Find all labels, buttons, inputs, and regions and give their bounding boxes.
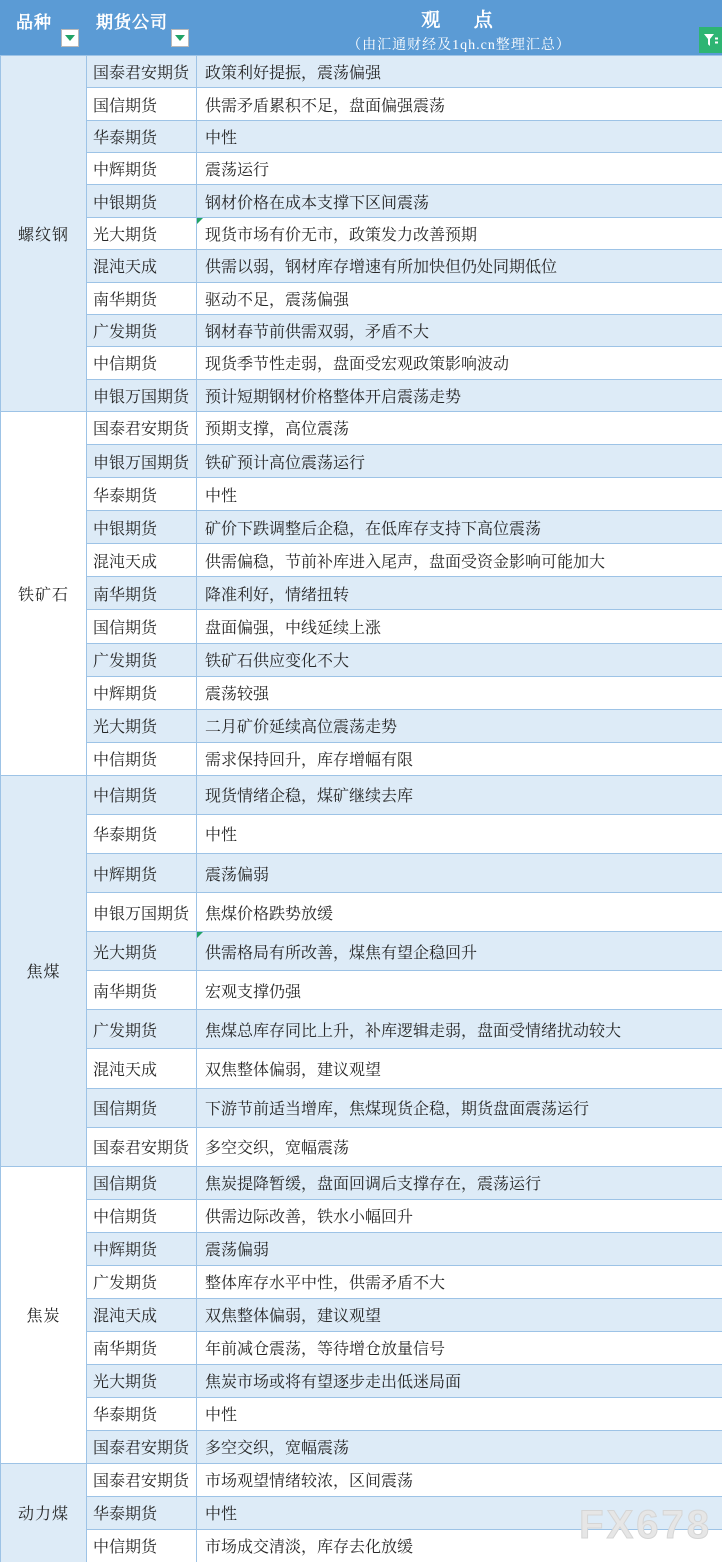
company-cell: 国信期货 bbox=[87, 1088, 197, 1127]
company-cell: 国信期货 bbox=[87, 88, 197, 120]
comment-marker-icon bbox=[197, 932, 203, 938]
view-cell: 铁矿石供应变化不大 bbox=[197, 643, 722, 676]
viewpoint-header-title: 观 点 bbox=[196, 5, 722, 32]
company-cell: 光大期货 bbox=[87, 932, 197, 971]
view-cell: 焦炭提降暂缓，盘面回调后支撑存在，震荡运行 bbox=[197, 1166, 722, 1199]
company-cell: 南华期货 bbox=[87, 1331, 197, 1364]
company-cell: 国信期货 bbox=[87, 610, 197, 643]
view-cell: 整体库存水平中性，供需矛盾不大 bbox=[197, 1265, 722, 1298]
view-cell: 预计短期钢材价格整体开启震荡走势 bbox=[197, 379, 722, 411]
view-cell: 震荡偏弱 bbox=[197, 854, 722, 893]
view-cell: 市场观望情绪较浓，区间震荡 bbox=[197, 1463, 722, 1496]
table-row: 光大期货现货市场有价无市，政策发力改善预期 bbox=[1, 217, 722, 249]
view-cell: 政策利好提振，震荡偏强 bbox=[197, 56, 722, 88]
view-cell: 多空交织，宽幅震荡 bbox=[197, 1127, 722, 1166]
view-text: 市场成交清淡，库存去化放缓 bbox=[205, 1539, 413, 1556]
table-row: 光大期货焦炭市场或将有望逐步走出低迷局面 bbox=[1, 1364, 722, 1397]
futures-opinions-sheet: 品种 期货公司 观 点 （由汇通财经及1qh.cn整理汇总） bbox=[0, 0, 722, 1562]
view-cell: 震荡运行 bbox=[197, 153, 722, 185]
table-row: 中辉期货震荡运行 bbox=[1, 153, 722, 185]
company-cell: 华泰期货 bbox=[87, 814, 197, 853]
table-row: 华泰期货中性 bbox=[1, 814, 722, 853]
table-row: 华泰期货中性 bbox=[1, 1496, 722, 1529]
view-cell: 现货情绪企稳，煤矿继续去库 bbox=[197, 775, 722, 814]
company-cell: 广发期货 bbox=[87, 1010, 197, 1049]
view-text: 政策利好提振，震荡偏强 bbox=[205, 65, 381, 82]
table-header: 品种 期货公司 观 点 （由汇通财经及1qh.cn整理汇总） bbox=[0, 0, 722, 55]
company-cell: 国泰君安期货 bbox=[87, 411, 197, 444]
table-row: 螺纹钢国泰君安期货政策利好提振，震荡偏强 bbox=[1, 56, 722, 88]
company-cell: 混沌天成 bbox=[87, 250, 197, 282]
table-row: 南华期货降准利好，情绪扭转 bbox=[1, 577, 722, 610]
company-cell: 南华期货 bbox=[87, 971, 197, 1010]
table-row: 焦炭国信期货焦炭提降暂缓，盘面回调后支撑存在，震荡运行 bbox=[1, 1166, 722, 1199]
company-cell: 国泰君安期货 bbox=[87, 56, 197, 88]
view-text: 震荡运行 bbox=[205, 162, 269, 179]
view-text: 中性 bbox=[205, 488, 237, 505]
company-cell: 中信期货 bbox=[87, 347, 197, 379]
view-text: 焦煤总库存同比上升，补库逻辑走弱，盘面受情绪扰动较大 bbox=[205, 1023, 621, 1040]
company-cell: 广发期货 bbox=[87, 643, 197, 676]
view-cell: 下游节前适当增库，焦煤现货企稳，期货盘面震荡运行 bbox=[197, 1088, 722, 1127]
chevron-down-icon bbox=[175, 35, 185, 41]
table-row: 华泰期货中性 bbox=[1, 1397, 722, 1430]
table-row: 国泰君安期货多空交织，宽幅震荡 bbox=[1, 1127, 722, 1166]
variety-cell: 动力煤 bbox=[1, 1463, 87, 1562]
table-row: 中辉期货震荡偏弱 bbox=[1, 854, 722, 893]
view-text: 焦炭提降暂缓，盘面回调后支撑存在，震荡运行 bbox=[205, 1176, 541, 1193]
company-cell: 光大期货 bbox=[87, 1364, 197, 1397]
variety-cell: 焦煤 bbox=[1, 775, 87, 1166]
view-text: 震荡偏弱 bbox=[205, 867, 269, 884]
company-cell: 国泰君安期货 bbox=[87, 1430, 197, 1463]
table-row: 广发期货焦煤总库存同比上升，补库逻辑走弱，盘面受情绪扰动较大 bbox=[1, 1010, 722, 1049]
company-header-label: 期货公司 bbox=[86, 8, 178, 33]
view-cell: 宏观支撑仍强 bbox=[197, 971, 722, 1010]
variety-cell: 螺纹钢 bbox=[1, 56, 87, 412]
view-cell: 震荡较强 bbox=[197, 676, 722, 709]
view-text: 现货季节性走弱，盘面受宏观政策影响波动 bbox=[205, 356, 509, 373]
company-cell: 申银万国期货 bbox=[87, 379, 197, 411]
view-cell: 年前减仓震荡，等待增仓放量信号 bbox=[197, 1331, 722, 1364]
company-cell: 南华期货 bbox=[87, 577, 197, 610]
view-cell: 现货季节性走弱，盘面受宏观政策影响波动 bbox=[197, 347, 722, 379]
view-text: 现货情绪企稳，煤矿继续去库 bbox=[205, 788, 413, 805]
table-row: 中辉期货震荡偏弱 bbox=[1, 1232, 722, 1265]
table-row: 铁矿石国泰君安期货预期支撑，高位震荡 bbox=[1, 411, 722, 444]
table-row: 国信期货供需矛盾累积不足，盘面偏强震荡 bbox=[1, 88, 722, 120]
table-row: 国泰君安期货多空交织，宽幅震荡 bbox=[1, 1430, 722, 1463]
table-row: 中银期货钢材价格在成本支撑下区间震荡 bbox=[1, 185, 722, 217]
table-row: 南华期货驱动不足，震荡偏强 bbox=[1, 282, 722, 314]
table-row: 广发期货钢材春节前供需双弱，矛盾不大 bbox=[1, 314, 722, 346]
view-cell: 供需矛盾累积不足，盘面偏强震荡 bbox=[197, 88, 722, 120]
view-cell: 中性 bbox=[197, 478, 722, 511]
company-cell: 南华期货 bbox=[87, 282, 197, 314]
view-text: 钢材春节前供需双弱，矛盾不大 bbox=[205, 324, 429, 341]
company-cell: 中辉期货 bbox=[87, 153, 197, 185]
table-row: 南华期货年前减仓震荡，等待增仓放量信号 bbox=[1, 1331, 722, 1364]
company-cell: 中辉期货 bbox=[87, 676, 197, 709]
view-text: 铁矿预计高位震荡运行 bbox=[205, 455, 365, 472]
view-cell: 焦煤总库存同比上升，补库逻辑走弱，盘面受情绪扰动较大 bbox=[197, 1010, 722, 1049]
view-text: 降准利好，情绪扭转 bbox=[205, 587, 349, 604]
company-cell: 广发期货 bbox=[87, 314, 197, 346]
company-cell: 申银万国期货 bbox=[87, 893, 197, 932]
table-row: 国信期货盘面偏强，中线延续上涨 bbox=[1, 610, 722, 643]
view-text: 整体库存水平中性，供需矛盾不大 bbox=[205, 1275, 445, 1292]
company-cell: 混沌天成 bbox=[87, 1049, 197, 1088]
view-text: 供需偏稳，节前补库进入尾声，盘面受资金影响可能加大 bbox=[205, 554, 605, 571]
company-cell: 国泰君安期货 bbox=[87, 1127, 197, 1166]
table-row: 中信期货需求保持回升，库存增幅有限 bbox=[1, 742, 722, 775]
company-cell: 中信期货 bbox=[87, 742, 197, 775]
table-row: 混沌天成双焦整体偏弱，建议观望 bbox=[1, 1298, 722, 1331]
view-cell: 现货市场有价无市，政策发力改善预期 bbox=[197, 217, 722, 249]
view-text: 中性 bbox=[205, 827, 237, 844]
view-cell: 盘面偏强，中线延续上涨 bbox=[197, 610, 722, 643]
view-text: 供需格局有所改善，煤焦有望企稳回升 bbox=[205, 945, 477, 962]
variety-cell: 铁矿石 bbox=[1, 411, 87, 775]
col-header-company: 期货公司 bbox=[86, 0, 196, 55]
company-cell: 光大期货 bbox=[87, 217, 197, 249]
view-cell: 供需边际改善，铁水小幅回升 bbox=[197, 1199, 722, 1232]
filter-funnel-icon bbox=[703, 32, 719, 48]
view-cell: 中性 bbox=[197, 1397, 722, 1430]
col-header-viewpoint: 观 点 （由汇通财经及1qh.cn整理汇总） bbox=[196, 0, 722, 55]
view-text: 钢材价格在成本支撑下区间震荡 bbox=[205, 195, 429, 212]
view-text: 宏观支撑仍强 bbox=[205, 984, 301, 1001]
viewpoint-header-subtitle: （由汇通财经及1qh.cn整理汇总） bbox=[196, 34, 722, 54]
view-cell: 矿价下跌调整后企稳，在低库存支持下高位震荡 bbox=[197, 511, 722, 544]
view-text: 二月矿价延续高位震荡走势 bbox=[205, 719, 397, 736]
view-text: 盘面偏强，中线延续上涨 bbox=[205, 620, 381, 637]
view-cell: 供需以弱，钢材库存增速有所加快但仍处同期低位 bbox=[197, 250, 722, 282]
view-text: 多空交织，宽幅震荡 bbox=[205, 1440, 349, 1457]
filter-funnel-button[interactable] bbox=[699, 27, 722, 53]
view-cell: 中性 bbox=[197, 814, 722, 853]
company-cell: 中信期货 bbox=[87, 775, 197, 814]
view-cell: 钢材价格在成本支撑下区间震荡 bbox=[197, 185, 722, 217]
view-cell: 中性 bbox=[197, 1496, 722, 1529]
table-row: 广发期货整体库存水平中性，供需矛盾不大 bbox=[1, 1265, 722, 1298]
company-cell: 中信期货 bbox=[87, 1529, 197, 1562]
opinions-table: 螺纹钢国泰君安期货政策利好提振，震荡偏强国信期货供需矛盾累积不足，盘面偏强震荡华… bbox=[0, 55, 722, 1562]
table-row: 混沌天成供需以弱，钢材库存增速有所加快但仍处同期低位 bbox=[1, 250, 722, 282]
view-text: 震荡偏弱 bbox=[205, 1242, 269, 1259]
view-text: 铁矿石供应变化不大 bbox=[205, 653, 349, 670]
table-row: 中信期货市场成交清淡，库存去化放缓 bbox=[1, 1529, 722, 1562]
company-cell: 华泰期货 bbox=[87, 120, 197, 152]
table-row: 中辉期货震荡较强 bbox=[1, 676, 722, 709]
table-row: 光大期货二月矿价延续高位震荡走势 bbox=[1, 709, 722, 742]
view-text: 供需矛盾累积不足，盘面偏强震荡 bbox=[205, 98, 445, 115]
col-header-variety: 品种 bbox=[0, 0, 86, 55]
view-cell: 市场成交清淡，库存去化放缓 bbox=[197, 1529, 722, 1562]
view-text: 矿价下跌调整后企稳，在低库存支持下高位震荡 bbox=[205, 521, 541, 538]
view-cell: 双焦整体偏弱，建议观望 bbox=[197, 1298, 722, 1331]
table-row: 混沌天成供需偏稳，节前补库进入尾声，盘面受资金影响可能加大 bbox=[1, 544, 722, 577]
view-text: 现货市场有价无市，政策发力改善预期 bbox=[205, 227, 477, 244]
view-text: 中性 bbox=[205, 130, 237, 147]
view-text: 需求保持回升，库存增幅有限 bbox=[205, 752, 413, 769]
view-cell: 焦煤价格跌势放缓 bbox=[197, 893, 722, 932]
view-cell: 多空交织，宽幅震荡 bbox=[197, 1430, 722, 1463]
table-row: 国信期货下游节前适当增库，焦煤现货企稳，期货盘面震荡运行 bbox=[1, 1088, 722, 1127]
view-text: 中性 bbox=[205, 1506, 237, 1523]
table-row: 申银万国期货焦煤价格跌势放缓 bbox=[1, 893, 722, 932]
view-cell: 驱动不足，震荡偏强 bbox=[197, 282, 722, 314]
company-cell: 广发期货 bbox=[87, 1265, 197, 1298]
company-cell: 混沌天成 bbox=[87, 1298, 197, 1331]
comment-marker-icon bbox=[197, 218, 203, 224]
table-row: 华泰期货中性 bbox=[1, 120, 722, 152]
view-cell: 供需偏稳，节前补库进入尾声，盘面受资金影响可能加大 bbox=[197, 544, 722, 577]
company-cell: 华泰期货 bbox=[87, 1496, 197, 1529]
table-row: 光大期货供需格局有所改善，煤焦有望企稳回升 bbox=[1, 932, 722, 971]
company-cell: 中信期货 bbox=[87, 1199, 197, 1232]
view-text: 市场观望情绪较浓，区间震荡 bbox=[205, 1473, 413, 1490]
view-cell: 需求保持回升，库存增幅有限 bbox=[197, 742, 722, 775]
table-row: 申银万国期货铁矿预计高位震荡运行 bbox=[1, 445, 722, 478]
view-cell: 供需格局有所改善，煤焦有望企稳回升 bbox=[197, 932, 722, 971]
company-cell: 中辉期货 bbox=[87, 1232, 197, 1265]
table-row: 焦煤中信期货现货情绪企稳，煤矿继续去库 bbox=[1, 775, 722, 814]
table-row: 中信期货供需边际改善，铁水小幅回升 bbox=[1, 1199, 722, 1232]
company-cell: 华泰期货 bbox=[87, 1397, 197, 1430]
variety-cell: 焦炭 bbox=[1, 1166, 87, 1463]
table-row: 中信期货现货季节性走弱，盘面受宏观政策影响波动 bbox=[1, 347, 722, 379]
view-cell: 震荡偏弱 bbox=[197, 1232, 722, 1265]
view-text: 驱动不足，震荡偏强 bbox=[205, 292, 349, 309]
chevron-down-icon bbox=[65, 35, 75, 41]
table-row: 广发期货铁矿石供应变化不大 bbox=[1, 643, 722, 676]
view-text: 供需边际改善，铁水小幅回升 bbox=[205, 1209, 413, 1226]
variety-header-label: 品种 bbox=[0, 8, 68, 33]
company-cell: 光大期货 bbox=[87, 709, 197, 742]
view-text: 焦煤价格跌势放缓 bbox=[205, 906, 333, 923]
view-text: 双焦整体偏弱，建议观望 bbox=[205, 1062, 381, 1079]
view-text: 预期支撑，高位震荡 bbox=[205, 421, 349, 438]
company-cell: 中银期货 bbox=[87, 511, 197, 544]
view-cell: 铁矿预计高位震荡运行 bbox=[197, 445, 722, 478]
variety-filter-dropdown-button[interactable] bbox=[61, 29, 79, 47]
view-cell: 预期支撑，高位震荡 bbox=[197, 411, 722, 444]
view-cell: 双焦整体偏弱，建议观望 bbox=[197, 1049, 722, 1088]
table-row: 华泰期货中性 bbox=[1, 478, 722, 511]
company-cell: 中辉期货 bbox=[87, 854, 197, 893]
company-cell: 中银期货 bbox=[87, 185, 197, 217]
view-cell: 二月矿价延续高位震荡走势 bbox=[197, 709, 722, 742]
view-text: 震荡较强 bbox=[205, 686, 269, 703]
view-cell: 钢材春节前供需双弱，矛盾不大 bbox=[197, 314, 722, 346]
view-cell: 降准利好，情绪扭转 bbox=[197, 577, 722, 610]
view-cell: 焦炭市场或将有望逐步走出低迷局面 bbox=[197, 1364, 722, 1397]
view-text: 供需以弱，钢材库存增速有所加快但仍处同期低位 bbox=[205, 259, 557, 276]
view-text: 焦炭市场或将有望逐步走出低迷局面 bbox=[205, 1374, 461, 1391]
view-cell: 中性 bbox=[197, 120, 722, 152]
company-cell: 国信期货 bbox=[87, 1166, 197, 1199]
table-row: 南华期货宏观支撑仍强 bbox=[1, 971, 722, 1010]
company-filter-dropdown-button[interactable] bbox=[171, 29, 189, 47]
view-text: 多空交织，宽幅震荡 bbox=[205, 1140, 349, 1157]
view-text: 中性 bbox=[205, 1407, 237, 1424]
view-text: 下游节前适当增库，焦煤现货企稳，期货盘面震荡运行 bbox=[205, 1101, 589, 1118]
table-row: 申银万国期货预计短期钢材价格整体开启震荡走势 bbox=[1, 379, 722, 411]
company-cell: 华泰期货 bbox=[87, 478, 197, 511]
table-row: 动力煤国泰君安期货市场观望情绪较浓，区间震荡 bbox=[1, 1463, 722, 1496]
company-cell: 国泰君安期货 bbox=[87, 1463, 197, 1496]
company-cell: 申银万国期货 bbox=[87, 445, 197, 478]
table-row: 中银期货矿价下跌调整后企稳，在低库存支持下高位震荡 bbox=[1, 511, 722, 544]
table-row: 混沌天成双焦整体偏弱，建议观望 bbox=[1, 1049, 722, 1088]
view-text: 年前减仓震荡，等待增仓放量信号 bbox=[205, 1341, 445, 1358]
view-text: 双焦整体偏弱，建议观望 bbox=[205, 1308, 381, 1325]
opinions-table-body: 螺纹钢国泰君安期货政策利好提振，震荡偏强国信期货供需矛盾累积不足，盘面偏强震荡华… bbox=[1, 56, 722, 1562]
company-cell: 混沌天成 bbox=[87, 544, 197, 577]
view-text: 预计短期钢材价格整体开启震荡走势 bbox=[205, 389, 461, 406]
